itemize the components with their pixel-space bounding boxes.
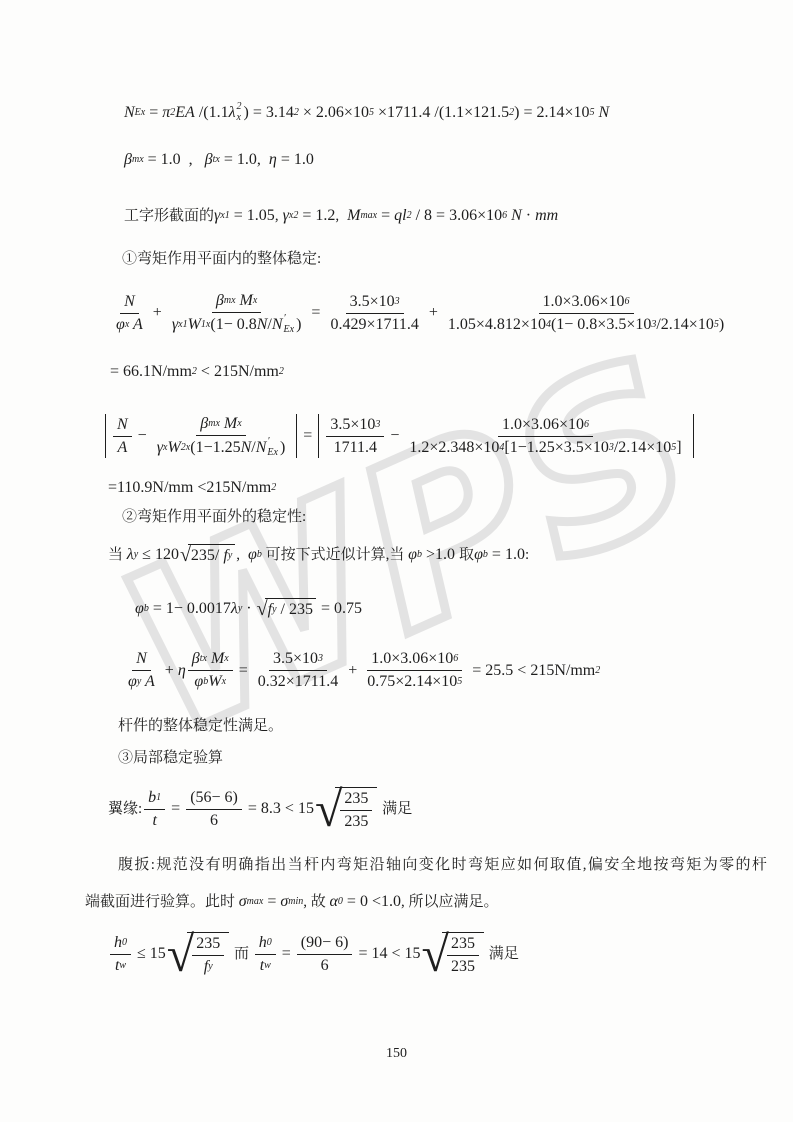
numerator: (90− 6)	[297, 933, 353, 955]
fraction: h0tw	[110, 933, 131, 976]
text-run: 3.5×10	[350, 292, 395, 312]
watermark-text: WPS	[87, 318, 735, 758]
text-run: =	[235, 661, 252, 681]
numerator: βmx Mx	[212, 291, 261, 313]
text-run: /2.14×10	[614, 438, 671, 458]
denominator: tw	[256, 955, 275, 976]
text-run: 1.2×2.348×10	[409, 438, 499, 458]
fraction: βtx MxφbWx	[188, 649, 233, 692]
math-variable: β	[192, 649, 200, 669]
wps-watermark-icon: WPS	[60, 318, 740, 758]
math-variable: σ	[280, 892, 288, 912]
math-variable: mm	[535, 206, 558, 226]
text-run: = 0.75	[317, 599, 362, 619]
result-inplane: = 66.1N/mm2 < 215N/mm2	[110, 362, 284, 382]
math-variable: M	[220, 414, 237, 434]
numerator: 235	[447, 934, 479, 956]
cjk-text: , 故	[303, 893, 329, 912]
math-variable: h	[114, 933, 122, 953]
denominator: φx A	[112, 314, 147, 335]
cjk-text: 满足	[485, 945, 519, 964]
math-variable: W	[208, 672, 221, 692]
numerator: 1.0×3.06×106	[539, 292, 634, 314]
numerator: 3.5×103	[269, 649, 327, 671]
denominator: φbWx	[190, 671, 230, 692]
text-run	[339, 206, 347, 226]
formula-web: h0tw ≤ 15√235fy 而 h0tw = (90− 6)6 = 14 <…	[108, 929, 519, 979]
fraction: 235235	[340, 789, 372, 832]
square-root: √235235	[422, 929, 484, 979]
radicand: 235235	[442, 932, 484, 977]
fraction: 235235	[447, 934, 479, 977]
text-run: 235	[451, 934, 475, 954]
denominator: 1.2×2.348×104[1−1.25×3.5×103/2.14×105]	[405, 437, 685, 458]
text-run: / 8 = 3.06×10	[412, 206, 503, 226]
text-run: = 1.2	[298, 206, 335, 226]
math-variable: N	[257, 315, 268, 335]
math-variable: β	[205, 150, 213, 170]
radicand: 235235	[335, 787, 377, 832]
math-variable: φ	[116, 315, 125, 335]
numerator: 1.0×3.06×106	[367, 649, 462, 671]
text-run: 235	[344, 789, 368, 809]
math-variable: N	[117, 415, 128, 435]
math-variable: σ	[239, 892, 247, 912]
text-run: 0.429×1711.4	[330, 315, 418, 335]
formula-inplane: Nφx A + βmx Mxγx1W1x(1− 0.8N/N′Ex) = 3.5…	[110, 291, 730, 335]
formula-beta: βmx = 1.0 , βtx = 1.0, η = 1.0	[124, 150, 314, 170]
formula-flange: 翼缘:b1t = (56− 6)6 = 8.3 < 15√235235 满足	[108, 784, 412, 834]
fraction: (90− 6)6	[297, 933, 353, 976]
text-run: = 14 < 15	[354, 944, 420, 964]
math-variable: EA	[175, 103, 195, 123]
math-variable: M	[236, 291, 253, 311]
sub-sup-stack: ′Ex	[267, 437, 278, 458]
math-variable: N	[256, 438, 267, 458]
math-variable: φ	[248, 545, 257, 565]
cjk-text: 而	[230, 945, 253, 964]
denominator: 0.32×1711.4	[254, 671, 342, 692]
denominator: φy A	[124, 671, 159, 692]
para-web-line1: 腹扳:规范没有明确指出当杆内弯矩沿轴向变化时弯矩应如何取值,偏安全地按弯矩为零的…	[118, 856, 768, 875]
numerator: N	[120, 292, 139, 314]
math-variable: A	[129, 315, 142, 335]
formula-nex: NEx = π2EA /(1.1λ2x) = 3.142 × 2.06×105 …	[124, 102, 609, 123]
math-variable: φ	[135, 599, 144, 619]
denominator: 6	[206, 810, 222, 831]
math-variable: M	[207, 649, 224, 669]
text-run: −	[386, 426, 403, 446]
cjk-text: 腹扳:规范没有明确指出当杆内弯矩沿轴向变化时弯矩应如何取值,偏安全地按弯矩为零的…	[118, 856, 768, 875]
numerator: 235	[340, 789, 372, 811]
cjk-text: ③局部稳定验算	[118, 749, 223, 768]
text-run: 0.75×2.14×10	[367, 672, 457, 692]
denominator: 6	[317, 955, 333, 976]
math-variable: β	[200, 414, 208, 434]
cjk-text: 杆件的整体稳定性满足。	[118, 717, 283, 736]
cjk-text: ①弯矩作用平面内的整体稳定:	[122, 250, 321, 269]
math-variable: b	[148, 788, 156, 808]
math-variable: β	[216, 291, 224, 311]
cjk-text: , 所以应满足。	[401, 893, 499, 912]
text-run: )	[296, 315, 301, 335]
text-run: ×1711.4 /(1.1×121.5	[374, 103, 509, 123]
text-run: +	[149, 303, 166, 323]
text-run: ·	[522, 206, 535, 226]
text-run: 1711.4	[334, 438, 377, 458]
math-variable: A	[117, 438, 127, 458]
heading-local: ③局部稳定验算	[118, 749, 223, 768]
denominator: 0.75×2.14×105	[363, 671, 466, 692]
cjk-text: 端截面进行验算。此时	[85, 893, 239, 912]
math-variable: M	[347, 206, 360, 226]
numerator: h0	[110, 933, 131, 955]
math-variable: N	[511, 206, 522, 226]
text-run: =	[307, 303, 324, 323]
math-variable: π	[162, 103, 170, 123]
text-run: /2.14×10	[656, 315, 713, 335]
denominator: γx1W1x(1− 0.8N/N′Ex)	[168, 313, 306, 335]
numerator: 1.0×3.06×106	[498, 415, 593, 437]
square-root: √235235	[315, 784, 377, 834]
text-run: = 1.0 ,	[144, 150, 205, 170]
text-run: /(1.1	[195, 103, 229, 123]
numerator: h0	[255, 933, 276, 955]
text-run: (1−1.25	[190, 438, 240, 458]
line-gamma: 工字形截面的γx1 = 1.05, γx2 = 1.2, Mmax = ql2 …	[124, 206, 558, 226]
math-variable: η	[269, 150, 277, 170]
math-variable: N	[599, 103, 610, 123]
text-run: [1−1.25×3.5×10	[504, 438, 608, 458]
formula-phib: φb = 1− 0.0017λy · √fy / 235 = 0.75	[135, 598, 362, 620]
text-run: 235	[344, 812, 368, 832]
cjk-text: 取	[459, 546, 474, 565]
line-lambda-condition: 当 λy ≤ 120√235/ fy, φb 可按下式近似计算,当 φb >1.…	[108, 544, 529, 566]
cjk-text: :	[525, 546, 529, 565]
text-run: (1− 0.8	[210, 315, 256, 335]
fraction: b1t	[144, 788, 165, 831]
page-number: 150	[0, 1046, 793, 1062]
numerator: 235	[192, 934, 224, 956]
math-variable: φ	[474, 545, 483, 565]
math-variable: t	[152, 811, 156, 831]
text-run: 1.0×3.06×10	[543, 292, 625, 312]
numerator: (56− 6)	[186, 788, 242, 810]
text-run: 1.0×3.06×10	[371, 649, 453, 669]
cjk-text: 翼缘:	[108, 800, 142, 819]
text-run: (90− 6)	[301, 933, 349, 953]
text-run: =110.9N/mm <215N/mm	[108, 478, 271, 498]
text-run: =	[278, 944, 295, 964]
text-run: 6	[210, 811, 218, 831]
numerator: N	[132, 649, 151, 671]
math-variable: η	[178, 661, 186, 681]
fraction: Nφy A	[124, 649, 159, 692]
para-stability-ok: 杆件的整体稳定性满足。	[118, 717, 283, 736]
math-variable: φ	[128, 672, 137, 692]
math-variable: W	[188, 315, 201, 335]
text-run: >1.0	[422, 545, 459, 565]
text-run: 6	[321, 956, 329, 976]
denominator: t	[148, 810, 160, 831]
fraction: 1.0×3.06×1061.05×4.812×104(1− 0.8×3.5×10…	[444, 292, 728, 335]
text-run: =	[299, 426, 316, 446]
text-run: −	[134, 426, 151, 446]
square-root: √235fy	[167, 929, 229, 979]
text-run: 235	[196, 934, 220, 954]
text-run: < 215N/mm	[197, 362, 279, 382]
numerator: 3.5×103	[326, 415, 384, 437]
absolute-value: NA − βmx MxγxW2x(1−1.25N/N′Ex)	[105, 414, 297, 458]
cjk-text: ②弯矩作用平面外的稳定性:	[122, 508, 306, 527]
heading-outplane: ②弯矩作用平面外的稳定性:	[122, 508, 306, 527]
text-run: = 1.05	[230, 206, 275, 226]
fraction: 3.5×1030.429×1711.4	[326, 292, 422, 335]
text-run: ]	[676, 438, 681, 458]
math-variable: β	[124, 150, 132, 170]
para-web-line2: 端截面进行验算。此时 σmax = σmin, 故 α0 = 0 <1.0, 所…	[85, 892, 498, 912]
numerator: βtx Mx	[188, 649, 233, 671]
text-run: = 1.0,	[220, 150, 269, 170]
text-run: 0.32×1711.4	[258, 672, 338, 692]
math-variable: ql	[394, 206, 406, 226]
text-run: 3.5×10	[330, 415, 375, 435]
denominator: 1.05×4.812×104(1− 0.8×3.5×103/2.14×105)	[444, 314, 728, 335]
denominator: A	[113, 437, 131, 458]
cjk-text: 满足	[378, 800, 412, 819]
numerator: 3.5×103	[346, 292, 404, 314]
math-variable: λ	[229, 103, 236, 123]
fraction: βmx MxγxW2x(1−1.25N/N′Ex)	[153, 414, 290, 458]
math-variable: λ	[231, 599, 238, 619]
math-variable: φ	[194, 672, 203, 692]
denominator: 0.429×1711.4	[326, 314, 422, 335]
text-run: =	[263, 892, 280, 912]
math-variable: W	[167, 438, 180, 458]
text-run: =	[145, 103, 162, 123]
sub-sup-stack: ′Ex	[284, 314, 295, 335]
math-variable: α	[330, 892, 338, 912]
numerator: N	[113, 415, 132, 437]
text-run: 1.0×3.06×10	[502, 415, 584, 435]
text-run: (56− 6)	[190, 788, 238, 808]
text-run	[240, 545, 248, 565]
fraction: 235fy	[192, 934, 224, 977]
cjk-text: 工字形截面的	[124, 207, 214, 226]
math-variable: N	[272, 315, 283, 335]
radicand: 235/ fy	[188, 544, 235, 566]
fraction: (56− 6)6	[186, 788, 242, 831]
fraction: 1.0×3.06×1060.75×2.14×105	[363, 649, 466, 692]
sub-sup-stack: 2x	[237, 102, 242, 123]
denominator: 235	[340, 811, 372, 832]
text-run: ≤ 120	[138, 545, 179, 565]
denominator: tw	[111, 955, 130, 976]
math-variable: N	[241, 438, 252, 458]
text-run: +	[425, 303, 442, 323]
text-run: = 0 <1.0	[343, 892, 401, 912]
math-variable: φ	[408, 545, 417, 565]
square-root: √235/ fy	[180, 544, 235, 566]
math-variable: γ	[283, 206, 289, 226]
fraction: 3.5×1030.32×1711.4	[254, 649, 342, 692]
text-run: = 1.0	[277, 150, 314, 170]
text-run: ·	[242, 599, 255, 619]
text-run: +	[344, 661, 361, 681]
denominator: 235	[447, 956, 479, 977]
heading-inplane: ①弯矩作用平面内的整体稳定:	[122, 250, 321, 269]
document-page: WPS NEx = π2EA /(1.1λ2x) = 3.142 × 2.06×…	[0, 0, 793, 1122]
fraction: 1.0×3.06×1061.2×2.348×104[1−1.25×3.5×103…	[405, 415, 685, 458]
text-run: = 1.0	[488, 545, 525, 565]
fraction: 3.5×1031711.4	[326, 415, 384, 458]
radicand: fy / 235	[265, 598, 316, 620]
math-variable: λ	[127, 545, 134, 565]
math-variable: A	[141, 672, 154, 692]
text-run: =	[377, 206, 394, 226]
fraction: NA	[113, 415, 132, 458]
text-run: = 8.3 < 15	[244, 799, 314, 819]
math-variable: N	[136, 649, 147, 669]
radicand: 235fy	[187, 932, 229, 977]
math-variable: N	[124, 292, 135, 312]
square-root: √fy / 235	[257, 598, 316, 620]
text-run: )	[280, 438, 285, 458]
text-run: = 1− 0.0017	[149, 599, 231, 619]
text-run: 3.5×10	[273, 649, 318, 669]
text-run: ≤ 15	[133, 944, 166, 964]
math-variable: h	[259, 933, 267, 953]
text-run: 235	[451, 957, 475, 977]
math-variable: N	[124, 103, 135, 123]
denominator: fy	[200, 956, 217, 977]
cjk-text: 当	[108, 546, 127, 565]
text-run: × 2.06×10	[299, 103, 369, 123]
text-run: +	[161, 661, 178, 681]
text-run: (1− 0.8×3.5×10	[551, 315, 651, 335]
fraction: βmx Mxγx1W1x(1− 0.8N/N′Ex)	[168, 291, 306, 335]
text-run: / 235	[277, 600, 313, 620]
formula-outplane: Nφy A + ηβtx MxφbWx = 3.5×1030.32×1711.4…	[122, 649, 600, 692]
fraction: Nφx A	[112, 292, 147, 335]
text-run: 1.05×4.812×10	[448, 315, 546, 335]
numerator: βmx Mx	[196, 414, 245, 436]
fraction: h0tw	[255, 933, 276, 976]
absolute-value: 3.5×1031711.4 − 1.0×3.06×1061.2×2.348×10…	[318, 414, 693, 458]
text-run: =	[167, 799, 184, 819]
result-w2x: =110.9N/mm <215N/mm2	[108, 478, 276, 498]
text-run: = 25.5 < 215N/mm	[468, 661, 595, 681]
cjk-text: 可按下式近似计算,当	[262, 546, 408, 565]
numerator: b1	[144, 788, 165, 810]
text-run: )	[719, 315, 724, 335]
text-run: ) = 2.14×10	[514, 103, 589, 123]
denominator: γxW2x(1−1.25N/N′Ex)	[153, 436, 290, 458]
denominator: 1711.4	[330, 437, 381, 458]
text-run: ) = 3.14	[244, 103, 294, 123]
formula-w2x: NA − βmx MxγxW2x(1−1.25N/N′Ex) = 3.5×103…	[103, 414, 696, 458]
text-run: 235/	[191, 546, 223, 566]
text-run: = 66.1N/mm	[110, 362, 192, 382]
